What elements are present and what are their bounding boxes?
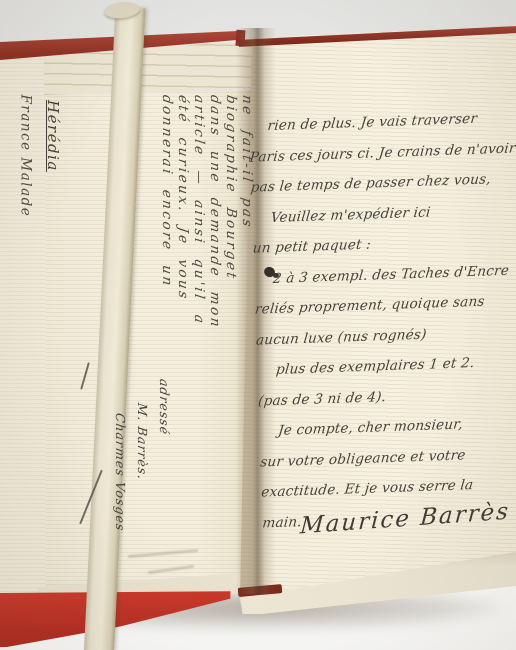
address-line: adressé [153, 365, 175, 568]
address-line: Charmes Vosges [109, 365, 131, 568]
left-margin-note: France Malade [12, 95, 34, 330]
photo-open-book: France Malade ne fait-il pasbiographie B… [0, 0, 516, 650]
note-line: dans une demande mon [207, 94, 223, 516]
ink-blot [273, 273, 279, 278]
address-block: adressé M. Barrès. Charmes Vosges [105, 367, 175, 567]
address-line: M. Barrès. [131, 365, 153, 568]
underlined-word: Hérédia [42, 100, 62, 240]
letter-lines: rien de plus. Je vais traverserParis ces… [240, 102, 516, 538]
note-line: été curieux. Je vous [175, 94, 191, 516]
note-line: article — ainsi qu'il a [191, 94, 207, 516]
note-line: biographie Bourget [223, 94, 239, 516]
